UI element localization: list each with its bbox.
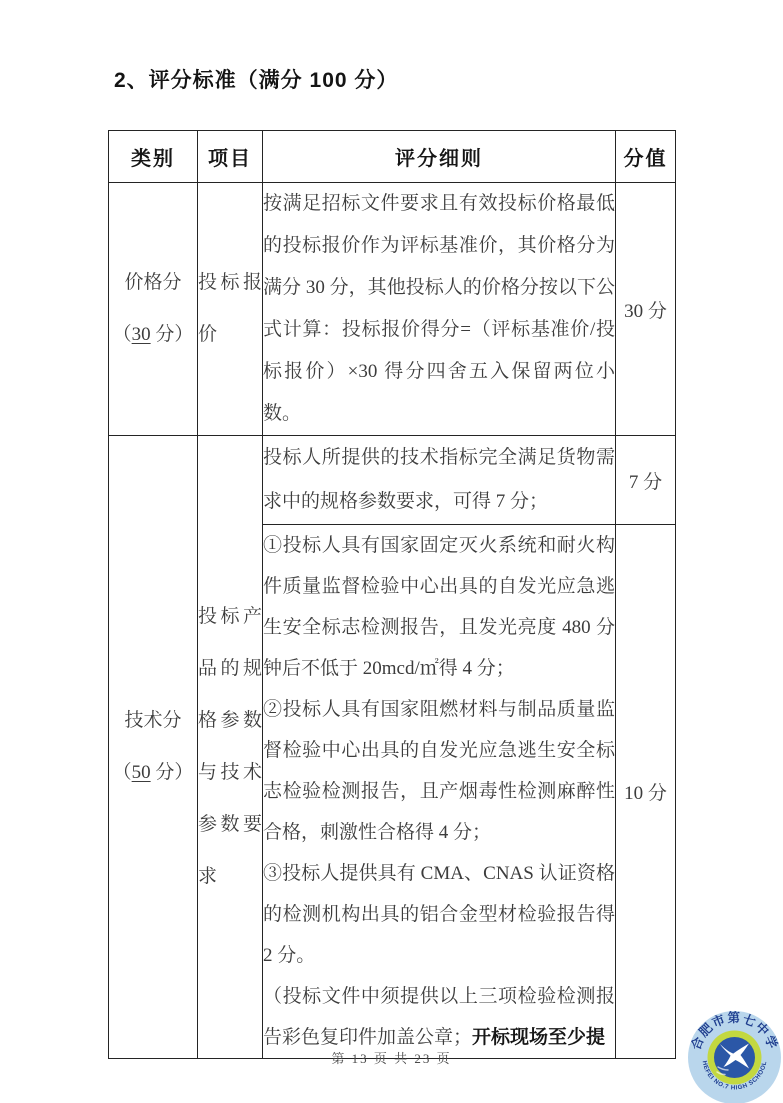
price-category-points: （30 分） <box>109 309 197 361</box>
tech-criteria-p3: ③投标人提供具有 CMA、CNAS 认证资格的检测机构出具的铝合金型材检验报告得… <box>263 853 615 976</box>
price-score-cell: 30 分 <box>616 183 676 436</box>
document-page: 2、评分标准（满分 100 分） 类别 项目 评分细则 分值 价格分 （30 分… <box>0 0 783 1103</box>
tech-criteria-p1: ①投标人具有国家固定灭火系统和耐火构件质量监督检验中心出具的自发光应急逃生安全标… <box>263 525 615 689</box>
tech-criteria-p2: ②投标人具有国家阻燃材料与制品质量监督检验中心出具的自发光应急逃生安全标志检验检… <box>263 689 615 853</box>
scoring-table: 类别 项目 评分细则 分值 价格分 （30 分） 投标报价 按满足招标文件要求且… <box>108 130 676 1059</box>
price-item-cell: 投标报价 <box>198 183 263 436</box>
header-item: 项目 <box>198 131 263 183</box>
tech-category-cell: 技术分 （50 分） <box>109 436 198 1059</box>
tech-category-points: （50 分） <box>109 747 197 799</box>
school-logo-svg: 合肥市第七中学 HEFEI NO.7 HIGH SCHOOL <box>687 1010 782 1103</box>
price-item-label: 投标报价 <box>198 257 262 361</box>
tech-item-label: 投标产品的规格参数与技术参数要求 <box>198 591 262 903</box>
tech-category-name: 技术分 <box>109 695 197 747</box>
page-footer: 第 13 页 共 23 页 <box>0 1048 783 1067</box>
price-criteria-cell: 按满足招标文件要求且有效投标价格最低的投标报价作为评标基准价，其价格分为满分 3… <box>263 183 616 436</box>
note-bold-text: 开标现场至少提 <box>472 1027 605 1048</box>
tech-item-cell: 投标产品的规格参数与技术参数要求 <box>198 436 263 1059</box>
tech-score-cell-1: 7 分 <box>616 436 676 525</box>
table-header-row: 类别 项目 评分细则 分值 <box>109 131 676 183</box>
header-criteria: 评分细则 <box>263 131 616 183</box>
page-title: 2、评分标准（满分 100 分） <box>114 64 398 94</box>
school-logo: 合肥市第七中学 HEFEI NO.7 HIGH SCHOOL <box>687 1010 782 1103</box>
tech-criteria-cell-2: ①投标人具有国家固定灭火系统和耐火构件质量监督检验中心出具的自发光应急逃生安全标… <box>263 525 616 1059</box>
tech-score-cell-2: 10 分 <box>616 525 676 1059</box>
header-category: 类别 <box>109 131 198 183</box>
price-row: 价格分 （30 分） 投标报价 按满足招标文件要求且有效投标价格最低的投标报价作… <box>109 183 676 436</box>
tech-row-sub1: 技术分 （50 分） 投标产品的规格参数与技术参数要求 投标人所提供的技术指标完… <box>109 436 676 525</box>
tech-criteria-text-1: 投标人所提供的技术指标完全满足货物需求中的规格参数要求，可得 7 分； <box>263 436 615 524</box>
header-score: 分值 <box>616 131 676 183</box>
price-criteria-text: 按满足招标文件要求且有效投标价格最低的投标报价作为评标基准价，其价格分为满分 3… <box>263 183 615 435</box>
price-category-name: 价格分 <box>109 257 197 309</box>
tech-criteria-note: （投标文件中须提供以上三项检验检测报告彩色复印件加盖公章；开标现场至少提 <box>263 976 615 1058</box>
tech-criteria-cell-1: 投标人所提供的技术指标完全满足货物需求中的规格参数要求，可得 7 分； <box>263 436 616 525</box>
price-category-cell: 价格分 （30 分） <box>109 183 198 436</box>
